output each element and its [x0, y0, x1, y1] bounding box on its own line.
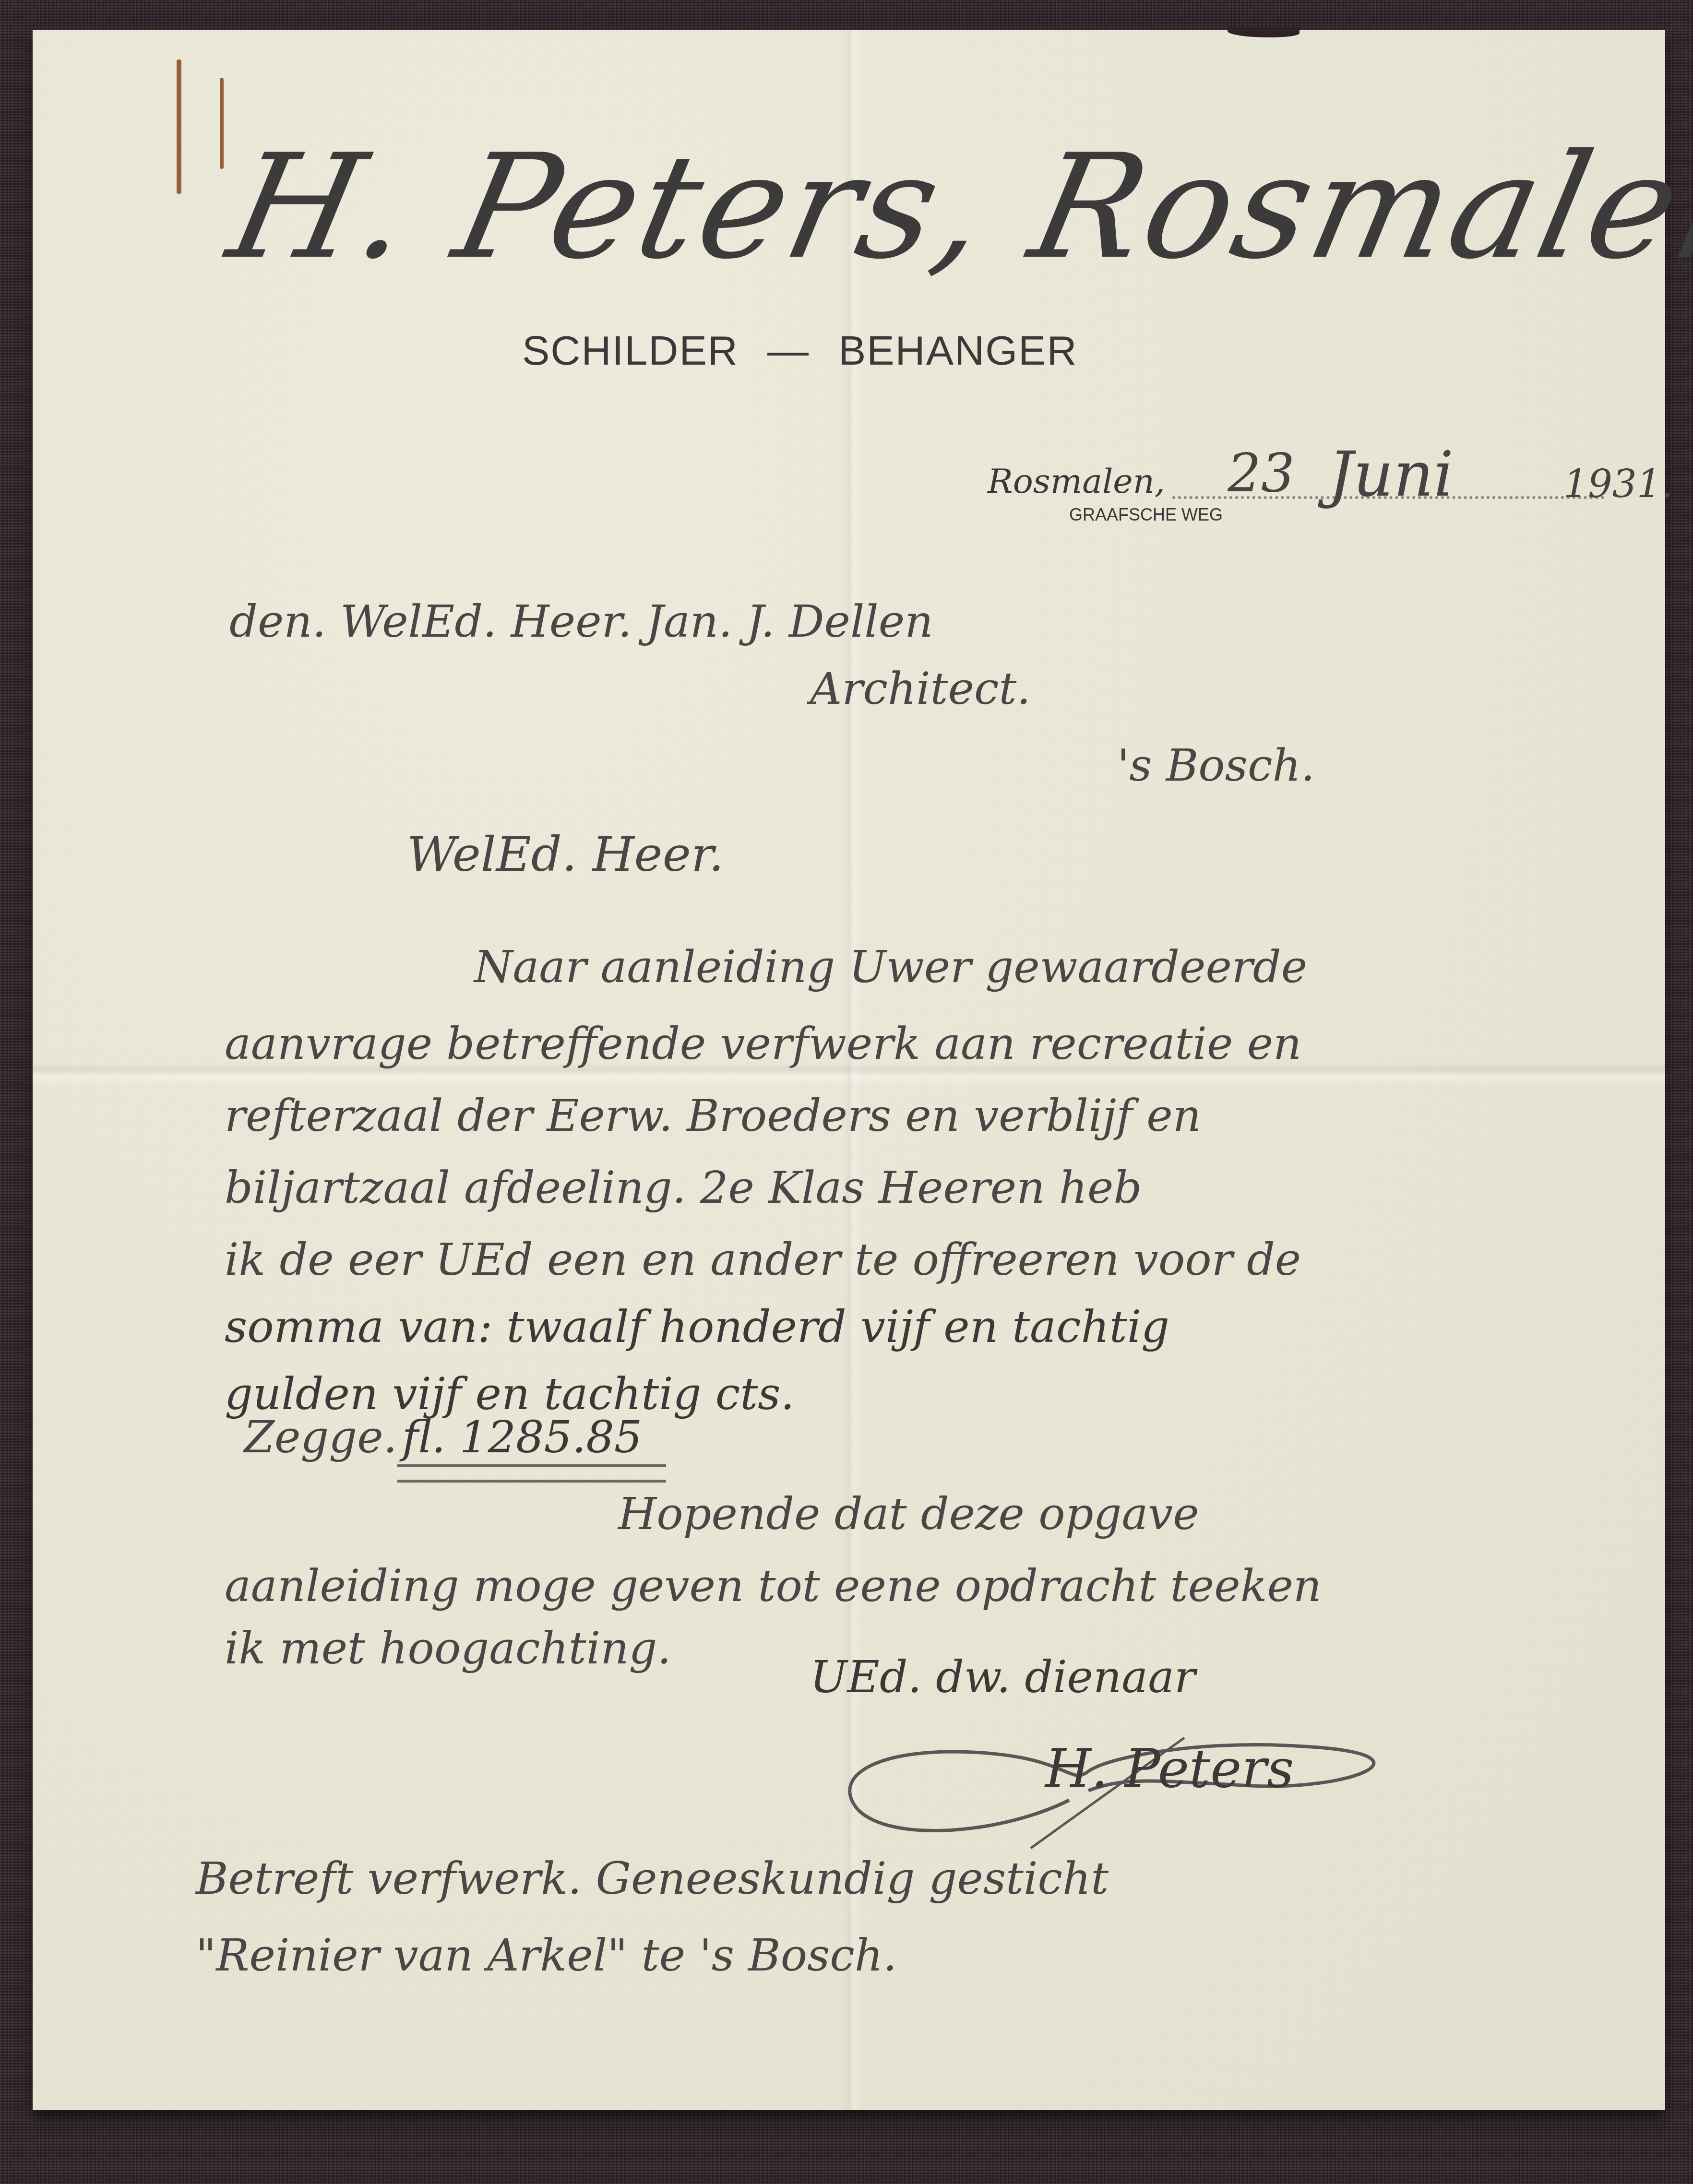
rust-staple-mark [177, 59, 181, 194]
double-underline [397, 1464, 666, 1483]
total-amount: fl. 1285.85 [402, 1412, 642, 1463]
dateline: Rosmalen, 23 Juni 1931. GRAAFSCHE WEG [959, 433, 1640, 558]
letter-sheet: H. Peters, Rosmalen SCHILDER—BEHANGER Ro… [33, 30, 1665, 2110]
body-line-3: refterzaal der Eerw. Broeders en verblij… [225, 1090, 1201, 1141]
signoff-phrase: UEd. dw. dienaar [810, 1651, 1195, 1703]
dateline-place: Rosmalen, [988, 462, 1165, 501]
closing-line-3: ik met hoogachting. [225, 1623, 671, 1674]
letterhead-name: H. Peters, Rosmalen [219, 135, 1545, 279]
closing-line-1: Hopende dat deze opgave [618, 1488, 1199, 1540]
dateline-street: GRAAFSCHE WEG [1069, 505, 1223, 525]
date-year: 1931. [1563, 462, 1673, 506]
closing-line-2: aanleiding moge geven tot eene opdracht … [225, 1560, 1322, 1612]
signature-name: H. Peters [1045, 1738, 1294, 1799]
date-month: Juni [1328, 438, 1454, 510]
signature: H. Peters [820, 1719, 1395, 1853]
torn-edge [1228, 27, 1300, 37]
trade-paperhanger: BEHANGER [838, 328, 1078, 374]
body-line-5: ik de eer UEd een en ander te offreeren … [225, 1234, 1301, 1285]
footnote-line-1: Betreft verfwerk. Geneeskundig gesticht [196, 1853, 1109, 1904]
addressee-line-1: den. WelEd. Heer. Jan. J. Dellen [229, 596, 933, 647]
footnote-line-2: "Reinier van Arkel" te 's Bosch. [196, 1930, 897, 1981]
addressee-line-2: Architect. [810, 663, 1031, 714]
rust-staple-mark [220, 78, 224, 169]
total-label: Zegge. [244, 1412, 397, 1463]
letterhead-trade: SCHILDER—BEHANGER [522, 327, 1078, 375]
date-day: 23 [1228, 442, 1295, 504]
salutation: WelEd. Heer. [407, 826, 724, 882]
trade-separator: — [767, 328, 810, 374]
body-line-6: somma van: twaalf honderd vijf en tachti… [225, 1301, 1169, 1353]
body-line-4: biljartzaal afdeeling. 2e Klas Heeren he… [225, 1162, 1142, 1213]
body-line-1: Naar aanleiding Uwer gewaardeerde [474, 941, 1307, 993]
addressee-line-3: 's Bosch. [1117, 740, 1315, 791]
trade-painter: SCHILDER [522, 328, 739, 374]
body-line-2: aanvrage betreffende verfwerk aan recrea… [225, 1018, 1301, 1069]
